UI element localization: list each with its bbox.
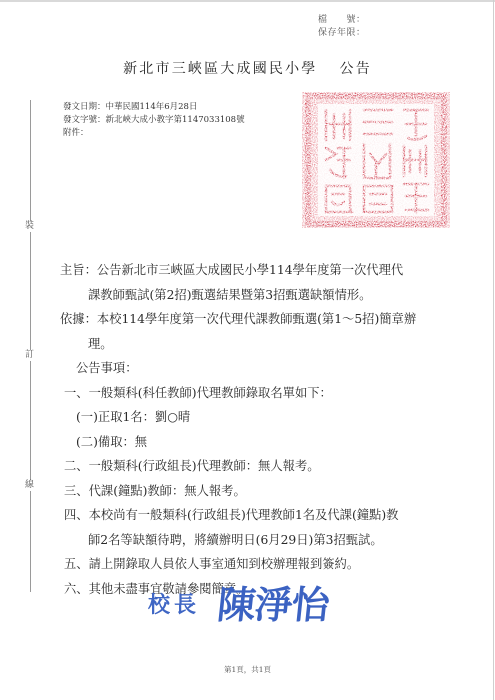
organization-name: 新北市三峽區大成國民小學: [123, 61, 317, 77]
binding-line: [30, 100, 31, 592]
basis-line-2: 理。: [60, 332, 460, 357]
subject-line-2: 課教師甄試(第2招)甄選結果暨第3招甄選缺額情形。: [60, 283, 460, 308]
item-4-line-1: 四、本校尚有一般類科(行政組長)代理教師1名及代課(鐘點)教: [60, 503, 460, 528]
basis-line-1: 依據：本校114學年度第一次代理代課教師甄選(第1～5招)簡章辦: [60, 307, 460, 332]
signature-name: 陳淨怡: [215, 574, 332, 629]
items-heading: 公告事項：: [60, 356, 460, 381]
page-right-edge: [493, 0, 494, 700]
binding-char-zhuang: 裝: [25, 221, 34, 232]
announcement-body: 主旨：公告新北市三峽區大成國民小學114學年度第一次代理代 課教師甄試(第2招)…: [60, 258, 460, 601]
document-title: 新北市三峽區大成國民小學公告: [0, 58, 495, 78]
page-number: 第1頁，共1頁: [0, 664, 495, 675]
issue-number: 發文字號：新北峽大成小教字第1147033108號: [63, 114, 245, 127]
item-4-line-2: 師2名等缺額待聘，將續辦明日(6月29日)第3招甄試。: [60, 528, 460, 553]
item-3: 三、代課(鐘點)教師：無人報考。: [60, 479, 460, 504]
page-top-edge: [0, 0, 495, 2]
issue-meta: 發文日期：中華民國114年6月28日 發文字號：新北峽大成小教字第1147033…: [63, 101, 245, 140]
file-number-label: 檔 號：: [318, 14, 366, 27]
binding-char-xian: 線: [25, 480, 34, 491]
retention-label: 保存年限：: [318, 27, 366, 40]
document-type: 公告: [340, 61, 372, 77]
item-1-sub-2: (二)備取：無: [60, 430, 460, 455]
subject-line-1: 主旨：公告新北市三峽區大成國民小學114學年度第一次代理代: [60, 258, 460, 283]
binding-char-ding: 訂: [25, 350, 34, 361]
signature-title: 校長: [148, 588, 200, 619]
file-meta: 檔 號： 保存年限：: [318, 14, 366, 40]
official-seal-icon: [300, 90, 452, 230]
attachment-label: 附件：: [63, 127, 245, 140]
principal-signature: 校長 陳淨怡: [140, 572, 355, 628]
issue-date: 發文日期：中華民國114年6月28日: [63, 101, 245, 114]
item-1-sub-1: (一)正取1名：劉○晴: [60, 405, 460, 430]
item-2: 二、一般類科(行政組長)代理教師：無人報考。: [60, 454, 460, 479]
item-1: 一、一般類科(科任教師)代理教師錄取名單如下：: [60, 381, 460, 406]
